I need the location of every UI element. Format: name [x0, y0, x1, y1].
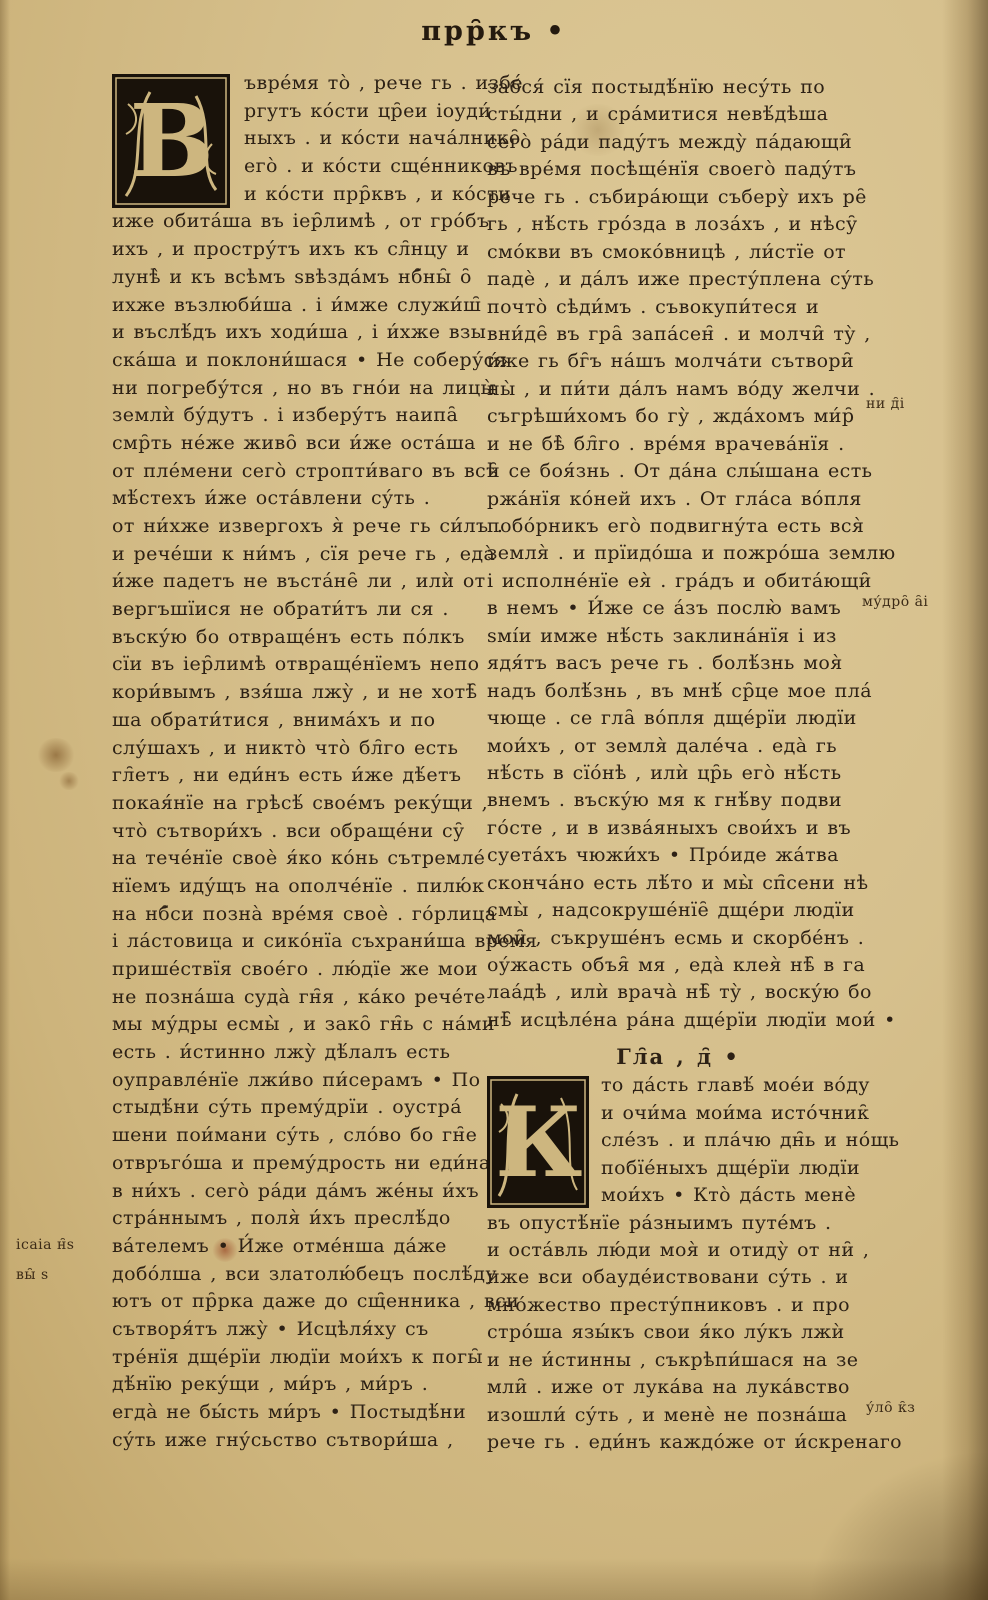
text-line: и оста́вль лю́ди моя̀ и отиду̀ от ни̑ , — [487, 1239, 869, 1266]
margin-note-line: ісаіа н̑ѕ — [16, 1230, 74, 1260]
text-line: су́ть иже гну́сьство сътвори́ша , — [112, 1429, 476, 1457]
text-line: смы̀ , надсокруше́нїе̑ дще́ри людїи — [487, 899, 869, 926]
margin-note-left: ісаіа н̑ѕ вы̑ ѕ — [16, 1230, 74, 1290]
text-line: внемъ . въску́ю мя к гнѣ́ву подви — [487, 789, 869, 816]
scanned-book-page: прр̑къ • В ъвре́мя то̀ , рече гь . избе́… — [0, 0, 988, 1600]
text-line: ихъ , и простру́тъ ихъ къ сл̑нцу и — [112, 238, 476, 266]
text-line: почто̀ сѣди́мъ . съвокупи́теся и — [487, 296, 869, 323]
text-line: ядя́тъ васъ рече гь . болѣ́знь моя̀ — [487, 652, 869, 679]
text-line: сконча́но есть лѣ́то и мы̀ сп̑сени нѣ — [487, 872, 869, 899]
text-line: сїи въ іер̑лимѣ отвраще́нїемъ непо — [112, 653, 476, 681]
margin-note-right-bottom: у́ло̑ к̑з — [866, 1400, 915, 1416]
text-line: ржа́нїя ко́ней ихъ . От гла́са во́пля — [487, 488, 869, 515]
ornate-initial-K: К — [487, 1076, 589, 1208]
text-line: нїемъ иду́щъ на ополче́нїе . пилю́к — [112, 875, 476, 903]
text-line: смр̑ть не́же живо̑ вси и́же оста́ша — [112, 432, 476, 460]
text-line: кори́вымъ , взя́ша лжу̀ , и не хотѣ̑ — [112, 681, 476, 709]
text-line: въску́ю бо отвраще́нъ есть по́лкъ — [112, 626, 476, 654]
drop-cap-letter: К — [495, 1086, 583, 1199]
ornate-initial-V: В — [112, 74, 230, 208]
text-line: въ вре́мя посѣще́нїя своего̀ паду́тъ — [487, 158, 869, 185]
text-line: в ни́хъ . сего̀ ра́ди да́мъ же́ны и́хъ — [112, 1180, 476, 1208]
ink-stain — [58, 772, 80, 790]
text-line: и въслѣ́дъ ихъ ходи́ша , і и́хже взы — [112, 321, 476, 349]
chapter-heading: Гл̑а , д̑ • — [487, 1044, 869, 1074]
text-line: побо́рникъ его̀ подвигну́та есть вся̀ — [487, 515, 869, 542]
text-line: ни погребу́тся , но въ гно́и на лицы̀ — [112, 377, 476, 405]
text-line: мои̑ , съкруше́нъ есмь и скорбе́нъ . — [487, 927, 869, 954]
text-line: иже обита́ша въ іер̑лимѣ , от гро́бъ — [112, 210, 476, 238]
text-line: отвръго́ша и прему́дрость ни еди́на е̑ — [112, 1152, 476, 1180]
left-column-text: ъвре́мя то̀ , рече гь . избе́ргутъ ко́ст… — [112, 72, 476, 1456]
text-line: смо́кви въ смоко́вницѣ , ли́стїе от — [487, 241, 869, 268]
text-line: ютъ от пр̑рка даже до сщ̑енника , вси — [112, 1290, 476, 1318]
text-line: ша обрати́тися , внима́хъ и по — [112, 709, 476, 737]
text-line: мно́жество престу́пниковъ . и про — [487, 1294, 869, 1321]
text-line: оуправле́нїе лжи́во пи́серамъ • По — [112, 1069, 476, 1097]
text-line: стра́ннымъ , поля̀ и́хъ преслѣ́до — [112, 1207, 476, 1235]
text-line: ска́ша и поклони́шася • Не соберу́ся — [112, 349, 476, 377]
text-line: падѐ , и да́лъ иже престу́плена су́ть — [487, 268, 869, 295]
text-line: что̀ сътвори́хъ . вси обраще́ни су̑ — [112, 820, 476, 848]
text-line: землѝ бу́дутъ . і изберу́тъ наипа̑ — [112, 404, 476, 432]
page-edge-shadow-right — [942, 0, 988, 1600]
text-line: і ла́стовица и сико́нїа съхрани́ша время — [112, 930, 476, 958]
text-line: гь , нѣ́сть гро́зда в лоза́хъ , и нѣсу̑ — [487, 213, 869, 240]
text-line: мѣ́стехъ и́же оста́влени су́ть . — [112, 487, 476, 515]
text-line: от ни́хже извергохъ я̀ рече гь си́лъ . — [112, 515, 476, 543]
margin-note-line: вы̑ ѕ — [16, 1260, 74, 1290]
text-line: на нб̑си позна̀ вре́мя своѐ . го́рлица — [112, 903, 476, 931]
text-line: оу́жасть объя̑ мя , еда̀ клея̀ нѣ̑ в га — [487, 954, 869, 981]
text-line: ѕмі́и имже нѣ́сть заклина́нїя і из — [487, 625, 869, 652]
text-line: мои́хъ , от земля̀ дале́ча . еда̀ гь — [487, 735, 869, 762]
text-line: от пле́мени сего̀ стропти́ваго въ всѣ̑ — [112, 460, 476, 488]
text-line: шени пои́мани су́ть , сло́во бо гн̑е — [112, 1124, 476, 1152]
drop-cap-letter: В — [130, 82, 215, 200]
text-line: егда̀ не бы́сть ми́ръ • Постыдѣ́ни — [112, 1401, 476, 1429]
text-line: добо́лша , вси златолю́бецъ послѣ́ду — [112, 1263, 476, 1291]
text-line: і исполне́нїе ея̀ . гра́дъ и обита́ющи̑ — [487, 570, 869, 597]
text-line: сътворя́тъ лжу̀ • Исцѣля́ху съ — [112, 1318, 476, 1346]
text-line: в немъ • И́же се а́зъ послю̀ вамъ — [487, 597, 869, 624]
woodcut-initial-V-art: В — [112, 74, 230, 208]
right-column: забся́ сїя постыдѣ́нїю несу́ть посты́дни… — [487, 76, 869, 1458]
right-column-text-ch8: забся́ сїя постыдѣ́нїю несу́ть посты́дни… — [487, 76, 869, 1036]
text-line: дѣ́нїю реку́щи , ми́ръ , ми́ръ . — [112, 1373, 476, 1401]
text-line: нѣ́сть в сїо́нѣ , илѝ цр̑ь его̀ нѣ́сть — [487, 762, 869, 789]
text-line: слу́шахъ , и никто̀ что̀ бл̑го есть — [112, 737, 476, 765]
text-line: и не и́стинны , съкрѣпи́шася на зе — [487, 1349, 869, 1376]
text-line: суета́хъ чюжи́хъ • Про́иде жа́тва — [487, 844, 869, 871]
text-line: и се боя́знь . От да́на слы́шана есть — [487, 460, 869, 487]
woodcut-initial-K-art: К — [487, 1076, 589, 1208]
text-line: стро́ша язы́къ свои я́ко лу́къ лжѝ — [487, 1321, 869, 1348]
text-line: го́сте , и в изва́яныхъ свои́хъ и въ — [487, 817, 869, 844]
text-line: лаа́дѣ , илѝ врача̀ нѣ̑ ту̀ , воску́ю бо — [487, 981, 869, 1008]
text-line: рече гь . еди́нъ каждо́же от и́скренаго — [487, 1431, 869, 1458]
text-line: и рече́ши к ни́мъ , сїя рече гь , еда̀ — [112, 543, 476, 571]
text-line: не позна́ша суда̀ гн̑я , ка́ко рече́те — [112, 986, 476, 1014]
text-line: земля̀ . и прїидо́ша и пожро́ша землю — [487, 542, 869, 569]
text-line: лунѣ̀ и къ всѣмъ ѕвѣзда́мъ нб̑ны̑ о̑ — [112, 266, 476, 294]
text-line: забся́ сїя постыдѣ́нїю несу́ть по — [487, 76, 869, 103]
running-title: прр̑къ • — [0, 16, 988, 47]
text-line: и́же гь бг̑ъ на́шъ молча́ти сътвори̑ — [487, 350, 869, 377]
text-line: мли̑ . иже от лука́ва на лука́вство — [487, 1376, 869, 1403]
margin-note-right-top: ни д̑і — [866, 396, 905, 412]
text-line: ва́телемъ • И́же отме́нша да́же — [112, 1235, 476, 1263]
left-column: В ъвре́мя то̀ , рече гь . избе́ргутъ ко́… — [112, 72, 476, 1456]
text-line: сты́дни , и сра́митися невѣ́дѣша — [487, 103, 869, 130]
text-line: иже вси обауде́иствовани су́ть . и — [487, 1266, 869, 1293]
text-line: гл̑етъ , ни еди́нъ есть и́же дѣ́етъ — [112, 764, 476, 792]
text-line: стыдѣ́ни су́ть прему́дрїи . оустра́ — [112, 1096, 476, 1124]
text-line: ны̀ , и пи́ти да́лъ намъ во́ду желчи . — [487, 378, 869, 405]
text-line: и не бѣ̀ бл̑го . вре́мя врачева́нїя . — [487, 433, 869, 460]
text-line: на тече́нїе своѐ я́ко ко́нь сътремле́ — [112, 847, 476, 875]
ink-stain — [36, 738, 76, 772]
text-line: чюще . се гла̑ во́пля дще́рїи людїи — [487, 707, 869, 734]
text-line: и́же падетъ не въста́не̑ ли , илѝ от — [112, 570, 476, 598]
text-line: рече гь . събира́ющи съберу̀ ихъ ре̑ — [487, 186, 869, 213]
page-corner-shadow — [808, 1450, 988, 1600]
text-line: въ опустѣ́нїе ра́зныимъ путе́мъ . — [487, 1212, 869, 1239]
text-line: надъ болѣ́знь , въ мнѣ́ ср̑це мое пла́ — [487, 680, 869, 707]
page-edge-shadow-left — [0, 0, 10, 1600]
text-line: вергъшїися не обрати́тъ ли ся . — [112, 598, 476, 626]
text-line: нѣ̑ исцѣле́на ра́на дще́рїи людїи мои́ • — [487, 1009, 869, 1036]
text-line: прише́ствїя свое́го . лю́дїе же мои — [112, 958, 476, 986]
text-line: изошли́ су́ть , и менѐ не позна́ша — [487, 1404, 869, 1431]
text-line: покая́нїе на грѣсѣ́ свое́мъ реку́щи , — [112, 792, 476, 820]
text-line: есть . и́стинно лжу̀ дѣ́лалъ есть — [112, 1041, 476, 1069]
text-line: съгрѣши́хомъ бо гу̀ , жда́хомъ ми́р̑ — [487, 405, 869, 432]
margin-note-right-mid: му́дро̑ а̑і — [862, 594, 928, 610]
text-line: вни́де̑ въ гра̑ запа́сен̑ . и молчи̑ ту̀… — [487, 323, 869, 350]
text-line: мы му́дры есмы̀ , и зако̑ гн̑ь с на́ми — [112, 1013, 476, 1041]
page-edge-shadow-bottom — [0, 1558, 988, 1600]
text-line: ихже възлюби́ша . і и́мже служи́ш̑ — [112, 294, 476, 322]
text-line: сего̀ ра́ди паду́тъ между̀ па́дающи̑ — [487, 131, 869, 158]
text-line: тре́нїя дще́рїи людїи мои́хъ к погы̑ — [112, 1346, 476, 1374]
